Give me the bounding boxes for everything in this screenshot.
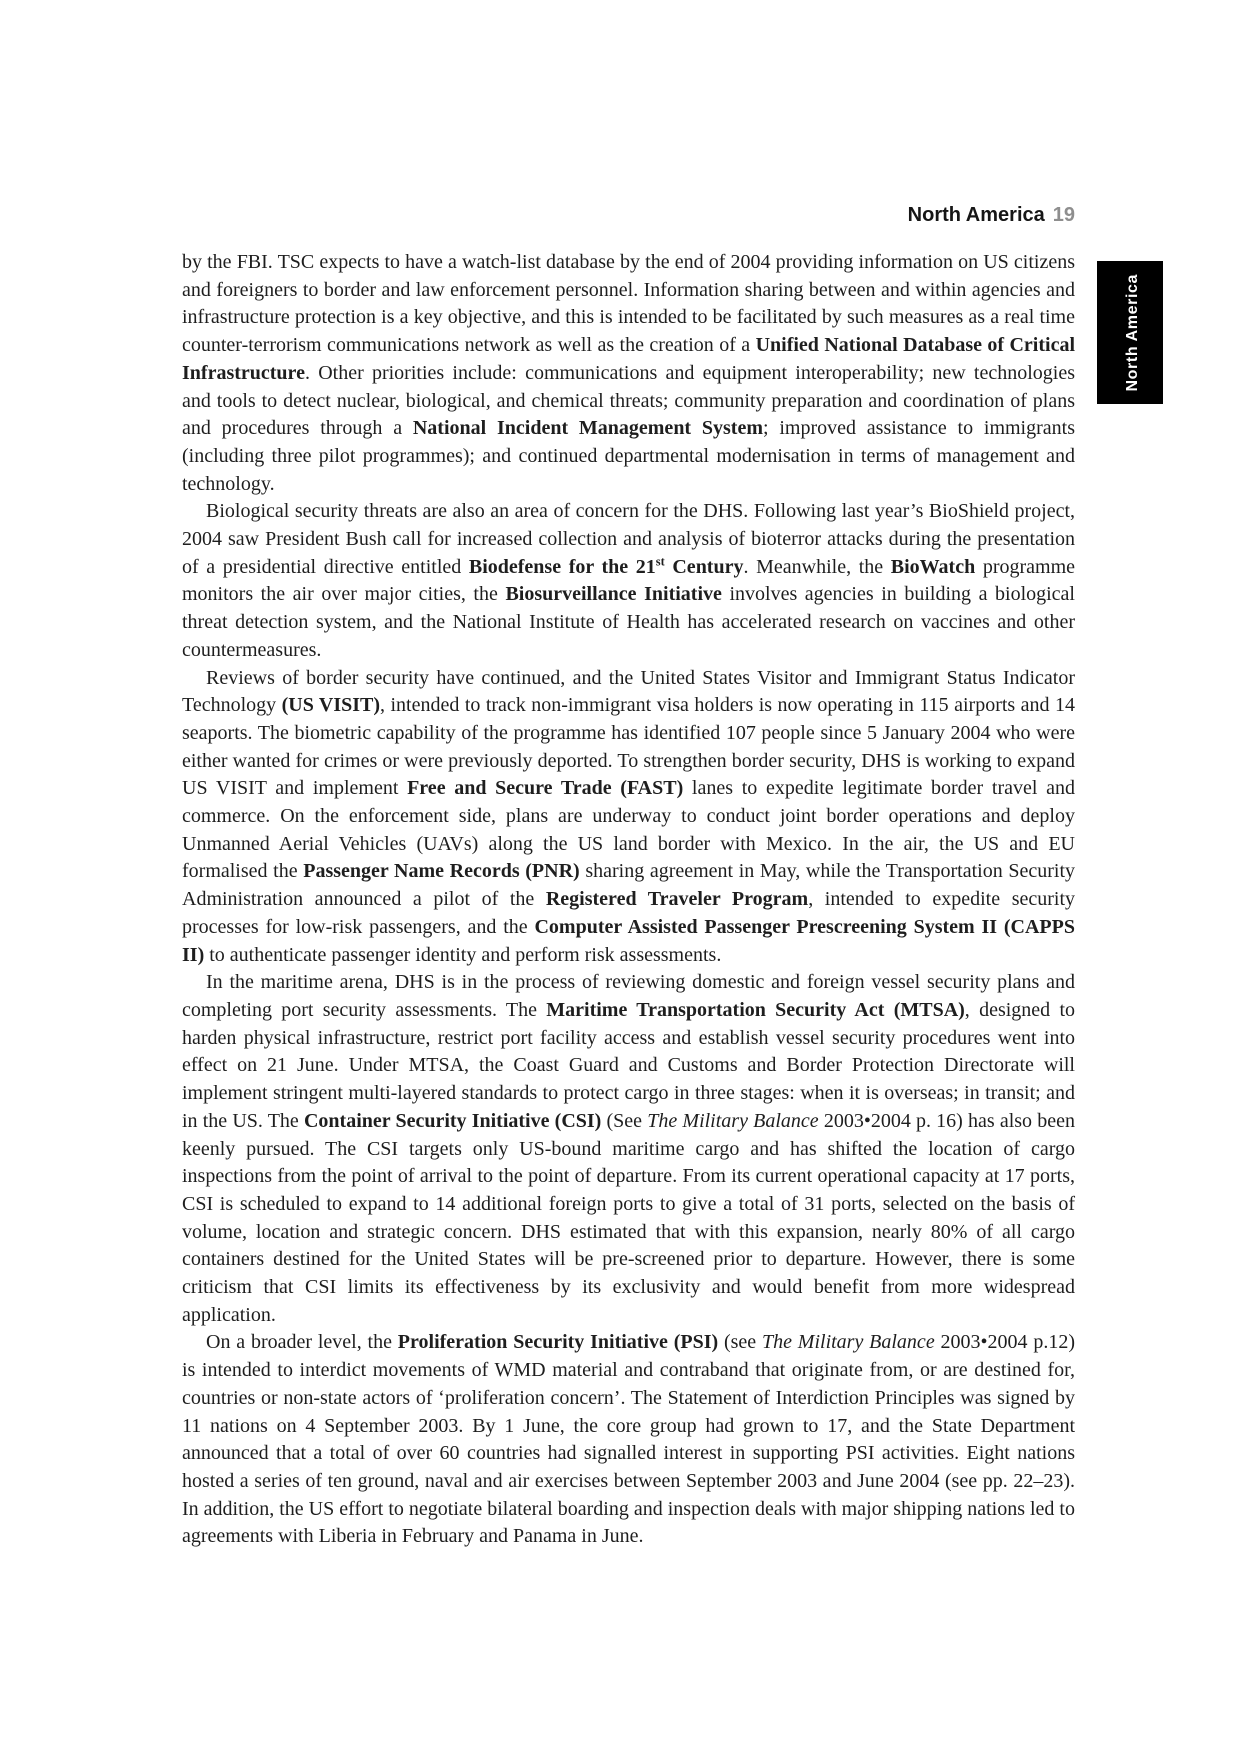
section-side-tab: North America [1097,261,1163,404]
text-segment: On a broader level, the [206,1331,398,1353]
text-segment: to authenticate passenger identity and p… [204,944,721,966]
text-segment: Container Security Initiative (CSI) [304,1110,601,1132]
text-segment: Proliferation Security Initiative (PSI) [398,1331,718,1353]
body-paragraph: Biological security threats are also an … [182,498,1075,664]
text-segment: Biodefense for the 21 [469,556,656,578]
page-header: North America19 [182,203,1075,227]
text-segment: National Incident Management System [413,417,763,439]
side-tab-label: North America [1124,274,1142,391]
body-paragraph: In the maritime arena, DHS is in the pro… [182,969,1075,1329]
text-segment: Century [665,556,744,578]
body-text: by the FBI. TSC expects to have a watch-… [182,249,1075,1551]
text-segment: The Military Balance [762,1331,935,1353]
text-segment: 2003•2004 p. 16) has also been keenly pu… [182,1110,1075,1326]
body-paragraph: by the FBI. TSC expects to have a watch-… [182,249,1075,498]
text-segment: 2003•2004 p.12) is intended to interdict… [182,1331,1075,1547]
body-paragraph: Reviews of border security have continue… [182,665,1075,970]
text-segment: Registered Traveler Program [546,888,808,910]
text-segment: . Meanwhile, the [743,556,890,578]
text-segment: (US VISIT) [282,694,380,716]
header-page-number: 19 [1053,204,1075,226]
text-segment: (See [601,1110,647,1132]
text-segment: Free and Secure Trade (FAST) [407,777,683,799]
text-segment: BioWatch [891,556,975,578]
body-paragraph: On a broader level, the Proliferation Se… [182,1329,1075,1551]
text-segment: st [656,554,665,568]
text-segment: Maritime Transportation Security Act (MT… [546,999,965,1021]
text-segment: The Military Balance [647,1110,818,1132]
text-segment: Passenger Name Records (PNR) [303,860,579,882]
document-page: North America19 North America by the FBI… [0,0,1240,1754]
text-segment: Biosurveillance Initiative [505,583,721,605]
header-section-title: North America [908,204,1045,226]
text-segment: (see [718,1331,762,1353]
